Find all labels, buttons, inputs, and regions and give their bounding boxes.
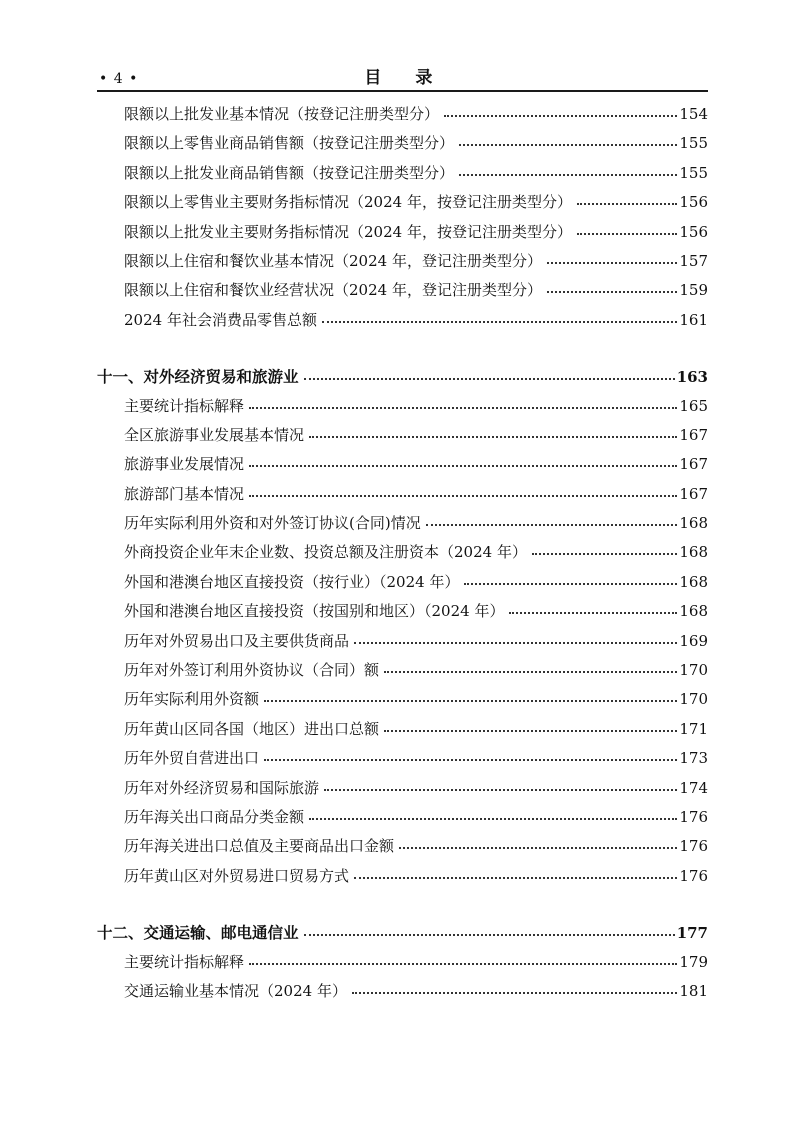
toc-entry: 全区旅游事业发展基本情况167: [97, 421, 708, 450]
toc-entry: 限额以上住宿和餐饮业经营状况（2024 年，登记注册类型分）159: [97, 276, 708, 305]
toc-entry: 外国和港澳台地区直接投资（按国别和地区）（2024 年）168: [97, 597, 708, 626]
entry-title: 限额以上零售业主要财务指标情况（2024 年，按登记注册类型分）: [124, 188, 572, 217]
entry-page-number: 168: [679, 568, 708, 597]
dot-leader: [577, 203, 677, 205]
dot-leader: [547, 262, 677, 264]
entry-page-number: 168: [679, 597, 708, 626]
page-title: 目 录: [364, 63, 432, 88]
dot-leader: [399, 847, 677, 849]
dot-leader: [464, 583, 677, 585]
entry-page-number: 156: [679, 218, 708, 247]
toc-entry: 历年海关出口商品分类金额176: [97, 803, 708, 832]
entry-title: 历年黄山区对外贸易进口贸易方式: [124, 862, 349, 891]
page-header: • 4 • 目 录: [97, 66, 708, 92]
toc-section-block: 十一、对外经济贸易和旅游业163主要统计指标解释165全区旅游事业发展基本情况1…: [97, 362, 708, 891]
dot-leader: [384, 730, 677, 732]
toc-entry: 旅游部门基本情况167: [97, 480, 708, 509]
page-content: • 4 • 目 录 限额以上批发业基本情况（按登记注册类型分）154限额以上零售…: [97, 66, 708, 1006]
dot-leader: [249, 407, 677, 409]
dot-leader: [426, 524, 678, 526]
dot-leader: [354, 877, 677, 879]
entry-title: 历年对外经济贸易和国际旅游: [124, 774, 319, 803]
entry-page-number: 171: [679, 715, 708, 744]
toc-section-block: 限额以上批发业基本情况（按登记注册类型分）154限额以上零售业商品销售额（按登记…: [97, 100, 708, 335]
entry-title: 限额以上零售业商品销售额（按登记注册类型分）: [124, 129, 454, 158]
toc-entry: 外商投资企业年末企业数、投资总额及注册资本（2024 年）168: [97, 538, 708, 567]
entry-page-number: 155: [679, 159, 708, 188]
toc-entry: 交通运输业基本情况（2024 年）181: [97, 977, 708, 1006]
dot-leader: [264, 759, 677, 761]
entry-title: 限额以上批发业主要财务指标情况（2024 年，按登记注册类型分）: [124, 218, 572, 247]
dot-leader: [547, 291, 677, 293]
dot-leader: [384, 671, 677, 673]
dot-leader: [249, 465, 677, 467]
entry-page-number: 170: [679, 685, 708, 714]
entry-page-number: 167: [679, 480, 708, 509]
dot-leader: [509, 612, 677, 614]
entry-page-number: 167: [679, 421, 708, 450]
toc-entry: 历年黄山区同各国（地区）进出口总额171: [97, 715, 708, 744]
entry-title: 全区旅游事业发展基本情况: [124, 421, 304, 450]
entry-title: 历年海关出口商品分类金额: [124, 803, 304, 832]
dot-leader: [304, 378, 675, 380]
entry-page-number: 174: [679, 774, 708, 803]
entry-page-number: 165: [679, 392, 708, 421]
entry-page-number: 154: [679, 100, 708, 129]
dot-leader: [304, 934, 675, 936]
toc-entry: 主要统计指标解释179: [97, 948, 708, 977]
entry-title: 外国和港澳台地区直接投资（按国别和地区）（2024 年）: [124, 597, 504, 626]
entry-title: 限额以上住宿和餐饮业基本情况（2024 年，登记注册类型分）: [124, 247, 542, 276]
entry-page-number: 179: [679, 948, 708, 977]
entry-title: 历年外贸自营进出口: [124, 744, 259, 773]
dot-leader: [352, 992, 677, 994]
toc-entry: 历年对外经济贸易和国际旅游174: [97, 774, 708, 803]
dot-leader: [249, 495, 677, 497]
dot-leader: [322, 321, 677, 323]
dot-leader: [309, 436, 677, 438]
entry-title: 历年对外贸易出口及主要供货商品: [124, 627, 349, 656]
toc-entry: 历年外贸自营进出口173: [97, 744, 708, 773]
entry-page-number: 169: [679, 627, 708, 656]
entry-title: 外国和港澳台地区直接投资（按行业）（2024 年）: [124, 568, 459, 597]
dot-leader: [324, 789, 677, 791]
entry-title: 外商投资企业年末企业数、投资总额及注册资本（2024 年）: [124, 538, 527, 567]
toc-section-header: 十二、交通运输、邮电通信业177: [97, 918, 708, 947]
entry-title: 限额以上批发业基本情况（按登记注册类型分）: [124, 100, 439, 129]
entry-title: 旅游部门基本情况: [124, 480, 244, 509]
page-number-label: • 4 •: [99, 71, 138, 87]
toc-entry: 历年实际利用外资额170: [97, 685, 708, 714]
toc-entry: 限额以上零售业商品销售额（按登记注册类型分）155: [97, 129, 708, 158]
dot-leader: [354, 642, 677, 644]
section-title: 十一、对外经济贸易和旅游业: [97, 362, 299, 391]
toc-section-block: 十二、交通运输、邮电通信业177主要统计指标解释179交通运输业基本情况（202…: [97, 918, 708, 1006]
entry-title: 交通运输业基本情况（2024 年）: [124, 977, 347, 1006]
section-title: 十二、交通运输、邮电通信业: [97, 918, 299, 947]
document-page: • 4 • 目 录 限额以上批发业基本情况（按登记注册类型分）154限额以上零售…: [0, 0, 793, 1122]
entry-title: 限额以上批发业商品销售额（按登记注册类型分）: [124, 159, 454, 188]
entry-page-number: 168: [679, 509, 708, 538]
entry-title: 历年黄山区同各国（地区）进出口总额: [124, 715, 379, 744]
entry-page-number: 176: [679, 832, 708, 861]
toc-entry: 历年海关进出口总值及主要商品出口金额176: [97, 832, 708, 861]
toc-entry: 历年黄山区对外贸易进口贸易方式176: [97, 862, 708, 891]
entry-page-number: 156: [679, 188, 708, 217]
entry-page-number: 163: [677, 363, 708, 392]
toc-entry: 限额以上批发业基本情况（按登记注册类型分）154: [97, 100, 708, 129]
entry-page-number: 176: [679, 803, 708, 832]
toc-entry: 限额以上零售业主要财务指标情况（2024 年，按登记注册类型分）156: [97, 188, 708, 217]
toc-entry: 限额以上住宿和餐饮业基本情况（2024 年，登记注册类型分）157: [97, 247, 708, 276]
toc-entry: 历年实际利用外资和对外签订协议(合同)情况168: [97, 509, 708, 538]
toc-entry: 2024 年社会消费品零售总额161: [97, 306, 708, 335]
entry-title: 2024 年社会消费品零售总额: [124, 306, 317, 335]
entry-title: 主要统计指标解释: [124, 948, 244, 977]
entry-page-number: 176: [679, 862, 708, 891]
entry-page-number: 168: [679, 538, 708, 567]
entry-page-number: 155: [679, 129, 708, 158]
entry-title: 历年实际利用外资额: [124, 685, 259, 714]
entry-title: 旅游事业发展情况: [124, 450, 244, 479]
toc-entry: 历年对外签订利用外资协议（合同）额170: [97, 656, 708, 685]
dot-leader: [459, 144, 677, 146]
dot-leader: [249, 963, 677, 965]
dot-leader: [264, 700, 677, 702]
entry-page-number: 161: [679, 306, 708, 335]
toc-entry: 旅游事业发展情况167: [97, 450, 708, 479]
toc-list: 限额以上批发业基本情况（按登记注册类型分）154限额以上零售业商品销售额（按登记…: [97, 92, 708, 1006]
dot-leader: [309, 818, 677, 820]
entry-page-number: 173: [679, 744, 708, 773]
entry-title: 历年对外签订利用外资协议（合同）额: [124, 656, 379, 685]
toc-entry: 限额以上批发业商品销售额（按登记注册类型分）155: [97, 159, 708, 188]
toc-entry: 外国和港澳台地区直接投资（按行业）（2024 年）168: [97, 568, 708, 597]
dot-leader: [459, 174, 677, 176]
entry-title: 限额以上住宿和餐饮业经营状况（2024 年，登记注册类型分）: [124, 276, 542, 305]
dot-leader: [444, 115, 677, 117]
entry-title: 历年海关进出口总值及主要商品出口金额: [124, 832, 394, 861]
entry-title: 主要统计指标解释: [124, 392, 244, 421]
entry-page-number: 177: [677, 919, 708, 948]
entry-page-number: 159: [679, 276, 708, 305]
entry-page-number: 157: [679, 247, 708, 276]
dot-leader: [577, 233, 677, 235]
entry-title: 历年实际利用外资和对外签订协议(合同)情况: [124, 509, 421, 538]
dot-leader: [532, 553, 677, 555]
entry-page-number: 170: [679, 656, 708, 685]
toc-section-header: 十一、对外经济贸易和旅游业163: [97, 362, 708, 391]
toc-entry: 主要统计指标解释165: [97, 392, 708, 421]
toc-entry: 限额以上批发业主要财务指标情况（2024 年，按登记注册类型分）156: [97, 218, 708, 247]
entry-page-number: 181: [679, 977, 708, 1006]
entry-page-number: 167: [679, 450, 708, 479]
toc-entry: 历年对外贸易出口及主要供货商品169: [97, 627, 708, 656]
